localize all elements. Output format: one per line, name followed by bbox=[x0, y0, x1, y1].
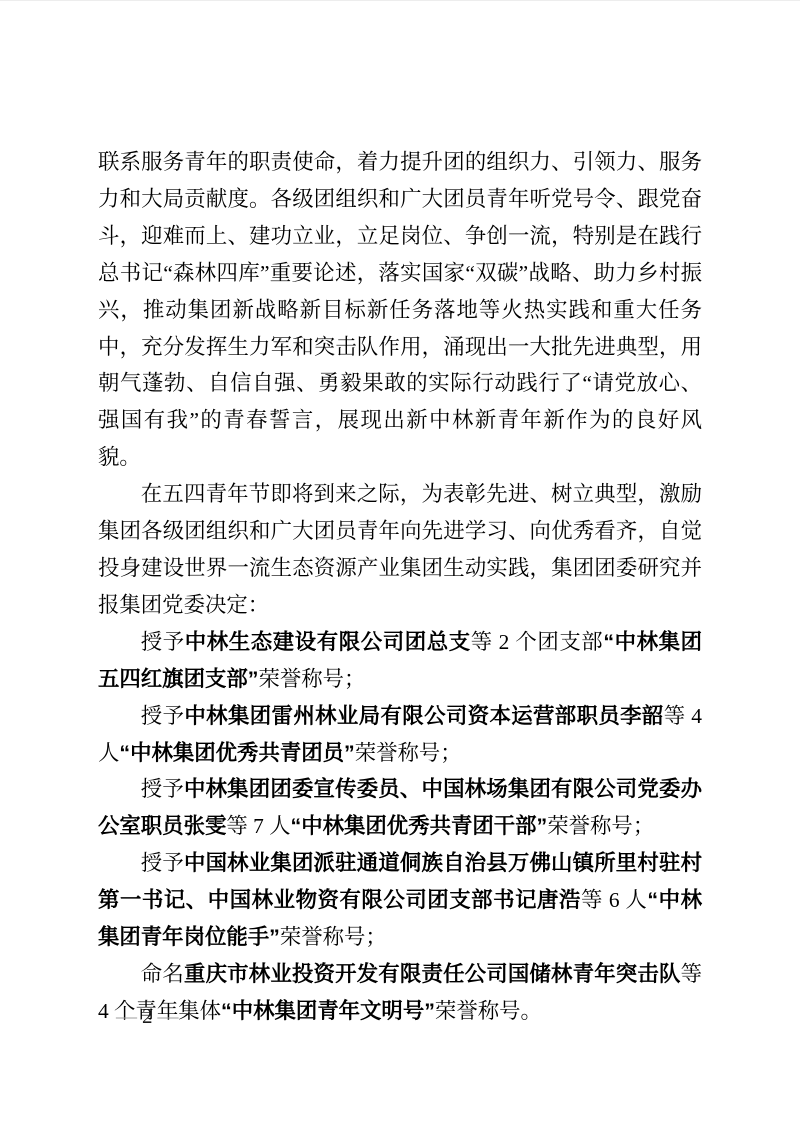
text-segment: 荣誉称号； bbox=[547, 814, 654, 838]
text-segment: 等 2 个团支部 bbox=[471, 630, 604, 654]
paragraph: 在五四青年节即将到来之际，为表彰先进、树立典型，激励集团各级团组织和广大团员青年… bbox=[98, 476, 702, 624]
paragraph: 授予中林集团雷州林业局有限公司资本运营部职员李韶等 4 人“中林集团优秀共青团员… bbox=[98, 698, 702, 772]
emphasized-text-segment: “中林集团青年文明号” bbox=[221, 999, 435, 1023]
text-segment: 等 7 人 bbox=[226, 814, 290, 838]
text-segment: 授予 bbox=[141, 630, 185, 654]
document-body: 联系服务青年的职责使命，着力提升团的组织力、引领力、服务力和大局贡献度。各级团组… bbox=[98, 144, 702, 1030]
emphasized-text-segment: 中林集团雷州林业局有限公司资本运营部职员李韶 bbox=[184, 704, 663, 728]
document-page: 联系服务青年的职责使命，着力提升团的组织力、引领力、服务力和大局贡献度。各级团组… bbox=[0, 0, 800, 1131]
text-segment: 荣誉称号； bbox=[355, 741, 462, 765]
text-segment: 荣誉称号。 bbox=[435, 999, 542, 1023]
page-number-value: 2 bbox=[142, 1004, 153, 1028]
paragraph: 授予中林生态建设有限公司团总支等 2 个团支部“中林集团五四红旗团支部”荣誉称号… bbox=[98, 624, 702, 698]
paragraph: 命名重庆市林业投资开发有限责任公司国储林青年突击队等 4 个青年集体“中林集团青… bbox=[98, 956, 702, 1030]
page-number-dash-right: — bbox=[158, 1004, 179, 1028]
text-segment: 授予 bbox=[141, 851, 184, 875]
text-segment: 授予 bbox=[141, 704, 185, 728]
emphasized-text-segment: “中林集团优秀共青团干部” bbox=[291, 814, 548, 838]
text-segment: 联系服务青年的职责使命，着力提升团的组织力、引领力、服务力和大局贡献度。各级团组… bbox=[98, 150, 702, 469]
text-segment: 荣誉称号； bbox=[258, 667, 365, 691]
page-number-dash-left: — bbox=[116, 1004, 137, 1028]
emphasized-text-segment: “中林集团优秀共青团员” bbox=[119, 741, 354, 765]
page-number: —2— bbox=[116, 1003, 179, 1029]
paragraph: 授予中国林业集团派驻通道侗族自治县万佛山镇所里村驻村第一书记、中国林业物资有限公… bbox=[98, 845, 702, 956]
text-segment: 命名 bbox=[141, 962, 184, 986]
text-segment: 荣誉称号； bbox=[280, 925, 387, 949]
paragraph: 授予中林集团团委宣传委员、中国林场集团有限公司党委办公室职员张雯等 7 人“中林… bbox=[98, 771, 702, 845]
paragraph: 联系服务青年的职责使命，着力提升团的组织力、引领力、服务力和大局贡献度。各级团组… bbox=[98, 144, 702, 476]
emphasized-text-segment: 重庆市林业投资开发有限责任公司国储林青年突击队 bbox=[184, 962, 681, 986]
text-segment: 等 6 人 bbox=[581, 888, 647, 912]
emphasized-text-segment: 中林生态建设有限公司团总支 bbox=[185, 630, 471, 654]
text-segment: 在五四青年节即将到来之际，为表彰先进、树立典型，激励集团各级团组织和广大团员青年… bbox=[98, 482, 702, 617]
text-segment: 授予 bbox=[141, 777, 184, 801]
